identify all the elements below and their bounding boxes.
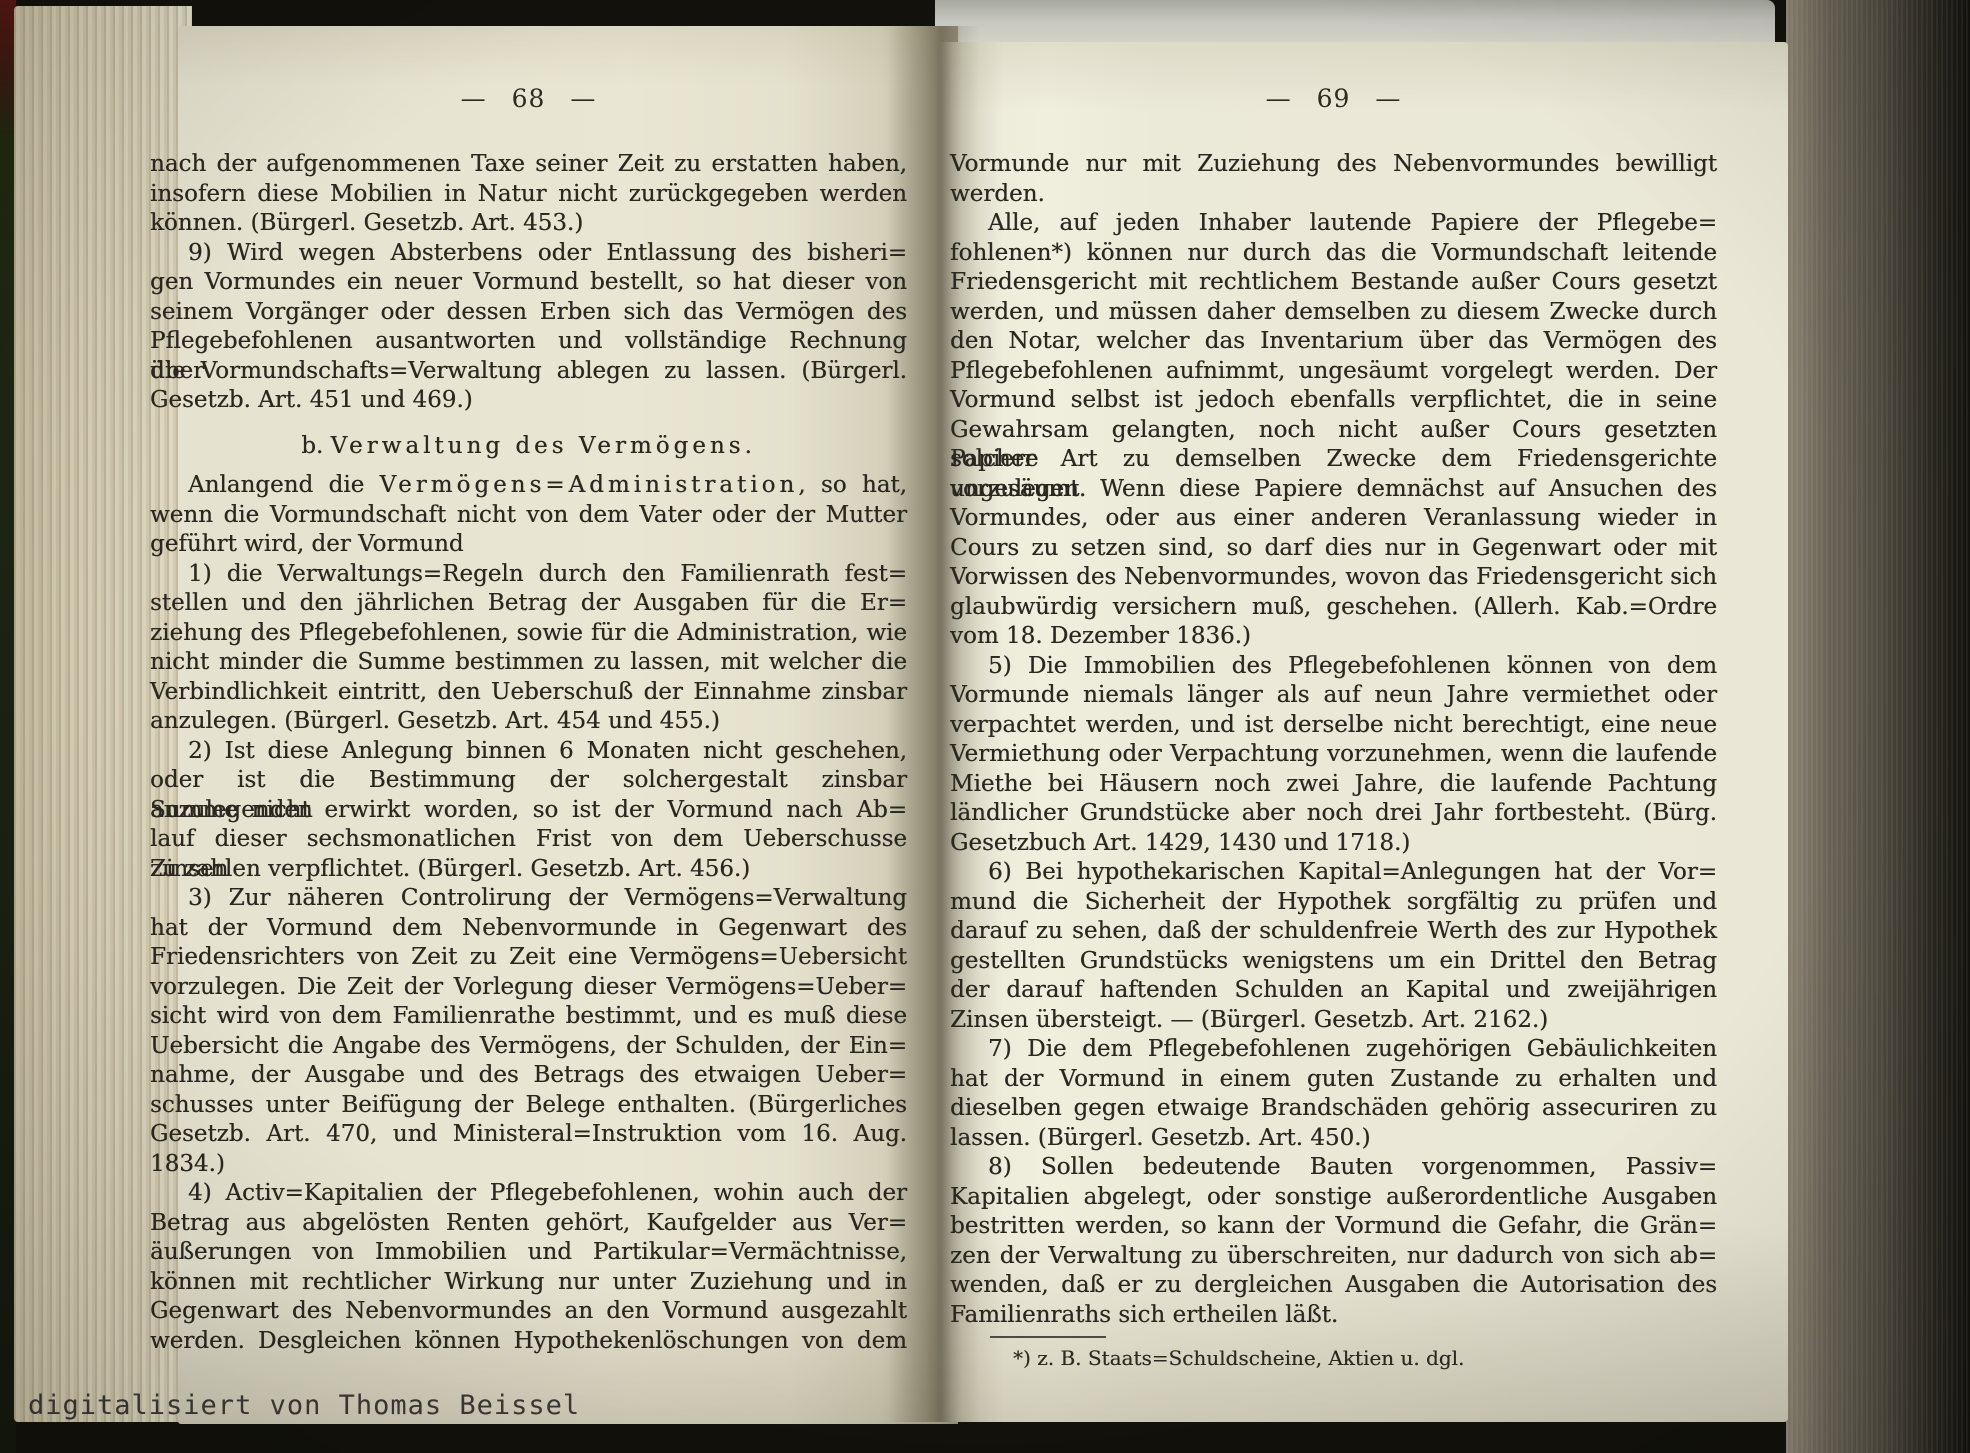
text-line: Gesetzb. Art. 470, und Ministeral=Instru… xyxy=(150,1120,907,1150)
text-line: können. (Bürgerl. Gesetzb. Art. 453.) xyxy=(150,209,907,239)
text-line: wenn die Vormundschaft nicht von dem Vat… xyxy=(150,501,907,531)
text-line: die Vormundschafts=Verwaltung ablegen zu… xyxy=(150,357,907,387)
text-line: Pflegebefohlenen aufnimmt, ungesäumt vor… xyxy=(950,357,1717,387)
text-line: 8) Sollen bedeutende Bauten vorgenommen,… xyxy=(950,1153,1717,1183)
text-line: Familienraths sich ertheilen läßt. xyxy=(950,1301,1717,1331)
text-line: 9) Wird wegen Absterbens oder Entlassung… xyxy=(150,239,907,269)
text-line: Zinsen übersteigt. — (Bürgerl. Gesetzb. … xyxy=(950,1006,1717,1036)
text-line: anzulegen. (Bürgerl. Gesetzb. Art. 454 u… xyxy=(150,707,907,737)
page-edges-top xyxy=(935,0,1775,48)
text-line: den Notar, welcher das Inventarium über … xyxy=(950,327,1717,357)
footnote: *) z. B. Staats=Schuldscheine, Aktien u.… xyxy=(1013,1346,1464,1370)
text-line: Vormunde niemals länger als auf neun Jah… xyxy=(950,681,1717,711)
page-69-text: Vormunde nur mit Zuziehung des Nebenvorm… xyxy=(950,150,1717,1330)
text-line: Vormunde nur mit Zuziehung des Nebenvorm… xyxy=(950,150,1717,180)
text-line: Pflegebefohlenen ausantworten und vollst… xyxy=(150,327,907,357)
text-line: Gesetzbuch Art. 1429, 1430 und 1718.) xyxy=(950,829,1717,859)
text-line: lassen. (Bürgerl. Gesetzb. Art. 450.) xyxy=(950,1124,1717,1154)
text-line: Vermiethung oder Verpachtung vorzunehmen… xyxy=(950,740,1717,770)
section-heading: b. Verwaltung des Vermögens. xyxy=(150,432,907,462)
text-line: vorzulegen. Wenn diese Papiere demnächst… xyxy=(950,475,1717,505)
page-68-text: nach der aufgenommenen Taxe seiner Zeit … xyxy=(150,150,907,1356)
text-line: Gewahrsam gelangten, noch nicht außer Co… xyxy=(950,416,1717,446)
text-line: 3) Zur näheren Controlirung der Vermögen… xyxy=(150,884,907,914)
text-line: schusses unter Beifügung der Belege enth… xyxy=(150,1091,907,1121)
text-line: Kapitalien abgelegt, oder sonstige außer… xyxy=(950,1183,1717,1213)
text-line: 5) Die Immobilien des Pflegebefohlenen k… xyxy=(950,652,1717,682)
text-line: stellen und den jährlichen Betrag der Au… xyxy=(150,589,907,619)
text-line: 1) die Verwaltungs=Regeln durch den Fami… xyxy=(150,560,907,590)
text-line: der darauf haftenden Schulden an Kapital… xyxy=(950,976,1717,1006)
text-line: 6) Bei hypothekarischen Kapital=Anlegung… xyxy=(950,858,1717,888)
text-line: verpachtet werden, und ist derselbe nich… xyxy=(950,711,1717,741)
text-line: werden. xyxy=(950,180,1717,210)
text-line: mund die Sicherheit der Hypothek sorgfäl… xyxy=(950,888,1717,918)
text-line: hat der Vormund in einem guten Zustande … xyxy=(950,1065,1717,1095)
text-line: wenden, daß er zu dergleichen Ausgaben d… xyxy=(950,1271,1717,1301)
text-line: Miethe bei Häusern noch zwei Jahre, die … xyxy=(950,770,1717,800)
text-line: fohlenen*) können nur durch das die Vorm… xyxy=(950,239,1717,269)
text-line: bestritten werden, so kann der Vormund d… xyxy=(950,1212,1717,1242)
footnote-rule xyxy=(990,1336,1106,1338)
text-line: Summe nicht erwirkt worden, so ist der V… xyxy=(150,796,907,826)
text-line: Gesetzb. Art. 451 und 469.) xyxy=(150,386,907,416)
page-number-69: — 69 — xyxy=(950,84,1717,113)
text-line: 1834.) xyxy=(150,1150,907,1180)
text-line: Gegenwart des Nebenvormundes an den Vorm… xyxy=(150,1297,907,1327)
text-line: Verbindlichkeit eintritt, den Ueberschuß… xyxy=(150,678,907,708)
text-line: Cours zu setzen sind, so darf dies nur i… xyxy=(950,534,1717,564)
text-line: glaubwürdig versichern muß, geschehen. (… xyxy=(950,593,1717,623)
text-line: seinem Vorgänger oder dessen Erben sich … xyxy=(150,298,907,328)
text-line: Alle, auf jeden Inhaber lautende Papiere… xyxy=(950,209,1717,239)
text-line: gestellten Grundstücks wenigstens um ein… xyxy=(950,947,1717,977)
text-line: äußerungen von Immobilien und Partikular… xyxy=(150,1238,907,1268)
text-line: Friedensgericht mit rechtlichem Bestande… xyxy=(950,268,1717,298)
text-line: lauf dieser sechsmonatlichen Frist von d… xyxy=(150,825,907,855)
book-scan: — 68 — — 69 — nach der aufgenommenen Tax… xyxy=(0,0,1970,1453)
text-line: solcher Art zu demselben Zwecke dem Frie… xyxy=(950,445,1717,475)
text-line: 2) Ist diese Anlegung binnen 6 Monaten n… xyxy=(150,737,907,767)
text-line: nicht minder die Summe bestimmen zu lass… xyxy=(150,648,907,678)
text-line: hat der Vormund dem Nebenvormunde in Geg… xyxy=(150,914,907,944)
text-line: Vormundes, oder aus einer anderen Veranl… xyxy=(950,504,1717,534)
text-line: können mit rechtlicher Wirkung nur unter… xyxy=(150,1268,907,1298)
text-line: sicht wird von dem Familienrathe bestimm… xyxy=(150,1002,907,1032)
page-edges-fore xyxy=(1786,0,1970,1453)
text-line: oder ist die Bestimmung der solchergesta… xyxy=(150,766,907,796)
text-line: Vorwissen des Nebenvormundes, wovon das … xyxy=(950,563,1717,593)
text-line: 4) Activ=Kapitalien der Pflegebefohlenen… xyxy=(150,1179,907,1209)
text-line: Friedensrichters von Zeit zu Zeit eine V… xyxy=(150,943,907,973)
digitization-watermark: digitalisiert von Thomas Beissel xyxy=(28,1390,580,1421)
text-line: nach der aufgenommenen Taxe seiner Zeit … xyxy=(150,150,907,180)
text-line: ländlicher Grundstücke aber noch drei Ja… xyxy=(950,799,1717,829)
text-line: insofern diese Mobilien in Natur nicht z… xyxy=(150,180,907,210)
text-line: vorzulegen. Die Zeit der Vorlegung diese… xyxy=(150,973,907,1003)
text-line: werden. Desgleichen können Hypothekenlös… xyxy=(150,1327,907,1357)
text-line: zen der Verwaltung zu überschreiten, nur… xyxy=(950,1242,1717,1272)
text-line: darauf zu sehen, daß der schuldenfreie W… xyxy=(950,917,1717,947)
text-line: vom 18. Dezember 1836.) xyxy=(950,622,1717,652)
text-line: Betrag aus abgelösten Renten gehört, Kau… xyxy=(150,1209,907,1239)
text-line: Uebersicht die Angabe des Vermögens, der… xyxy=(150,1032,907,1062)
page-number-68: — 68 — xyxy=(150,84,907,113)
text-line: werden, und müssen daher demselben zu di… xyxy=(950,298,1717,328)
text-line: geführt wird, der Vormund xyxy=(150,530,907,560)
text-line: Vormund selbst ist jedoch ebenfalls verp… xyxy=(950,386,1717,416)
text-line: gen Vormundes ein neuer Vormund bestellt… xyxy=(150,268,907,298)
text-line: dieselben gegen etwaige Brandschäden geh… xyxy=(950,1094,1717,1124)
text-line: zu zahlen verpflichtet. (Bürgerl. Gesetz… xyxy=(150,855,907,885)
text-line: nahme, der Ausgabe und des Betrags des e… xyxy=(150,1061,907,1091)
text-line: 7) Die dem Pflegebefohlenen zugehörigen … xyxy=(950,1035,1717,1065)
text-line: Anlangend die Vermögens=Administration, … xyxy=(150,471,907,501)
text-line: ziehung des Pflegebefohlenen, sowie für … xyxy=(150,619,907,649)
